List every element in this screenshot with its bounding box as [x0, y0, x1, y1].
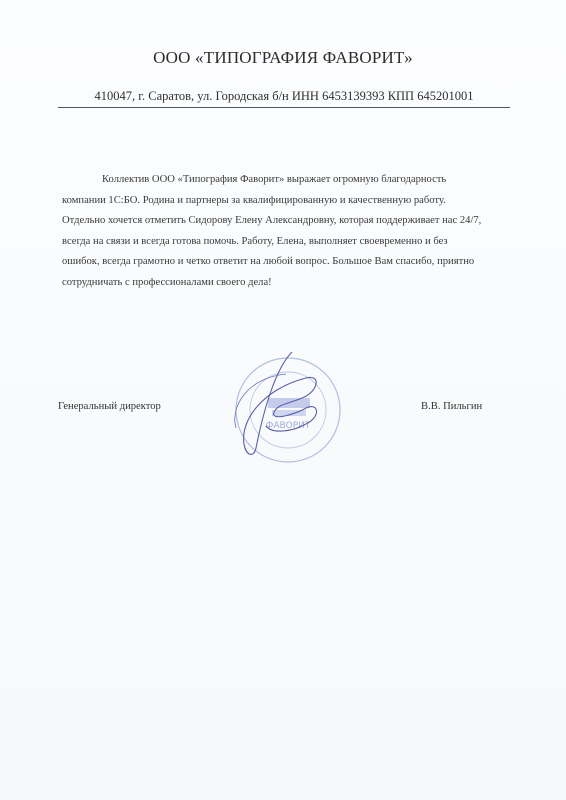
letter-body: Коллектив ООО «Типография Фаворит» выраж…: [62, 170, 482, 294]
company-stamp-icon: ФАВОРИТ: [226, 348, 346, 468]
company-title: ООО «ТИПОГРАФИЯ ФАВОРИТ»: [0, 48, 566, 68]
letter-line: всегда на связи и всегда готова помочь. …: [62, 232, 482, 253]
letter-line: компании 1С:БО. Родина и партнеры за ква…: [62, 191, 482, 212]
letter-line: ошибок, всегда грамотно и четко ответит …: [62, 252, 482, 273]
signer-name: В.В. Пильгин: [421, 401, 482, 412]
signer-position: Генеральный директор: [58, 401, 161, 412]
letter-line: сотрудничать с профессионалами своего де…: [62, 273, 482, 294]
letter-line: Отдельно хочется отметить Сидорову Елену…: [62, 211, 482, 232]
company-address: 410047, г. Саратов, ул. Городская б/н ИН…: [58, 89, 510, 108]
letter-line: Коллектив ООО «Типография Фаворит» выраж…: [62, 170, 482, 191]
svg-text:ФАВОРИТ: ФАВОРИТ: [266, 421, 311, 431]
letter-page: ООО «ТИПОГРАФИЯ ФАВОРИТ» 410047, г. Сара…: [0, 0, 566, 800]
